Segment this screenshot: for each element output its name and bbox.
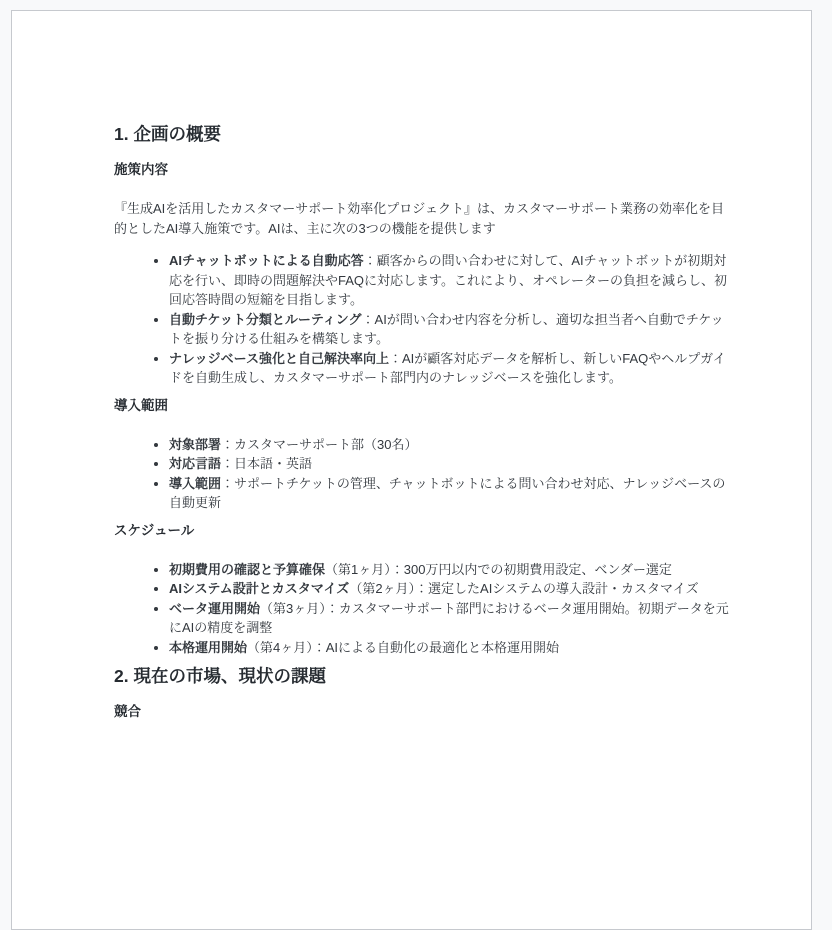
list-item-text: （第2ヶ月）：選定したAIシステムの導入設計・カスタマイズ (349, 581, 698, 596)
list-item-lead: 初期費用の確認と予算確保 (169, 562, 325, 577)
subheading-schedule: スケジュール (114, 521, 735, 540)
scope-list: 対象部署：カスタマーサポート部（30名） 対応言語：日本語・英語 導入範囲：サポ… (114, 435, 735, 513)
document-content: 1. 企画の概要 施策内容 『生成AIを活用したカスタマーサポート効率化プロジェ… (12, 11, 811, 721)
list-item: ベータ運用開始（第3ヶ月）：カスタマーサポート部門におけるベータ運用開始。初期デ… (169, 599, 735, 638)
list-item-text: ：サポートチケットの管理、チャットボットによる問い合わせ対応、ナレッジベースの自… (169, 476, 725, 511)
subheading-scope: 導入範囲 (114, 396, 735, 415)
list-item: 本格運用開始（第4ヶ月）：AIによる自動化の最適化と本格運用開始 (169, 638, 735, 658)
list-item: AIチャットボットによる自動応答：顧客からの問い合わせに対して、AIチャットボッ… (169, 251, 735, 310)
list-item: ナレッジベース強化と自己解決率向上：AIが顧客対応データを解析し、新しいFAQや… (169, 349, 735, 388)
list-item-text: ：カスタマーサポート部（30名） (221, 437, 417, 452)
list-item-lead: 導入範囲 (169, 476, 221, 491)
list-item-text: （第4ヶ月）：AIによる自動化の最適化と本格運用開始 (247, 640, 559, 655)
list-item-text: ：日本語・英語 (221, 456, 312, 471)
list-item-lead: ベータ運用開始 (169, 601, 260, 616)
subheading-measures: 施策内容 (114, 160, 735, 179)
list-item-lead: 対応言語 (169, 456, 221, 471)
section-heading-market-issues: 2. 現在の市場、現状の課題 (114, 665, 735, 688)
intro-paragraph: 『生成AIを活用したカスタマーサポート効率化プロジェクト』は、カスタマーサポート… (114, 199, 735, 238)
list-item: 対応言語：日本語・英語 (169, 454, 735, 474)
list-item-lead: 本格運用開始 (169, 640, 247, 655)
features-list: AIチャットボットによる自動応答：顧客からの問い合わせに対して、AIチャットボッ… (114, 251, 735, 388)
list-item-text: （第1ヶ月）：300万円以内での初期費用設定、ベンダー選定 (325, 562, 672, 577)
list-item: 自動チケット分類とルーティング：AIが問い合わせ内容を分析し、適切な担当者へ自動… (169, 310, 735, 349)
section-heading-plan-overview: 1. 企画の概要 (114, 123, 735, 146)
list-item-lead: 自動チケット分類とルーティング (169, 312, 362, 327)
list-item: AIシステム設計とカスタマイズ（第2ヶ月）：選定したAIシステムの導入設計・カス… (169, 579, 735, 599)
list-item: 対象部署：カスタマーサポート部（30名） (169, 435, 735, 455)
subheading-competition: 競合 (114, 702, 735, 721)
list-item: 導入範囲：サポートチケットの管理、チャットボットによる問い合わせ対応、ナレッジベ… (169, 474, 735, 513)
document-page[interactable]: 1. 企画の概要 施策内容 『生成AIを活用したカスタマーサポート効率化プロジェ… (11, 10, 812, 770)
schedule-list: 初期費用の確認と予算確保（第1ヶ月）：300万円以内での初期費用設定、ベンダー選… (114, 560, 735, 658)
list-item-lead: AIチャットボットによる自動応答 (169, 253, 364, 268)
list-item-lead: AIシステム設計とカスタマイズ (169, 581, 349, 596)
list-item: 初期費用の確認と予算確保（第1ヶ月）：300万円以内での初期費用設定、ベンダー選… (169, 560, 735, 580)
list-item-lead: 対象部署 (169, 437, 221, 452)
list-item-lead: ナレッジベース強化と自己解決率向上 (169, 351, 389, 366)
